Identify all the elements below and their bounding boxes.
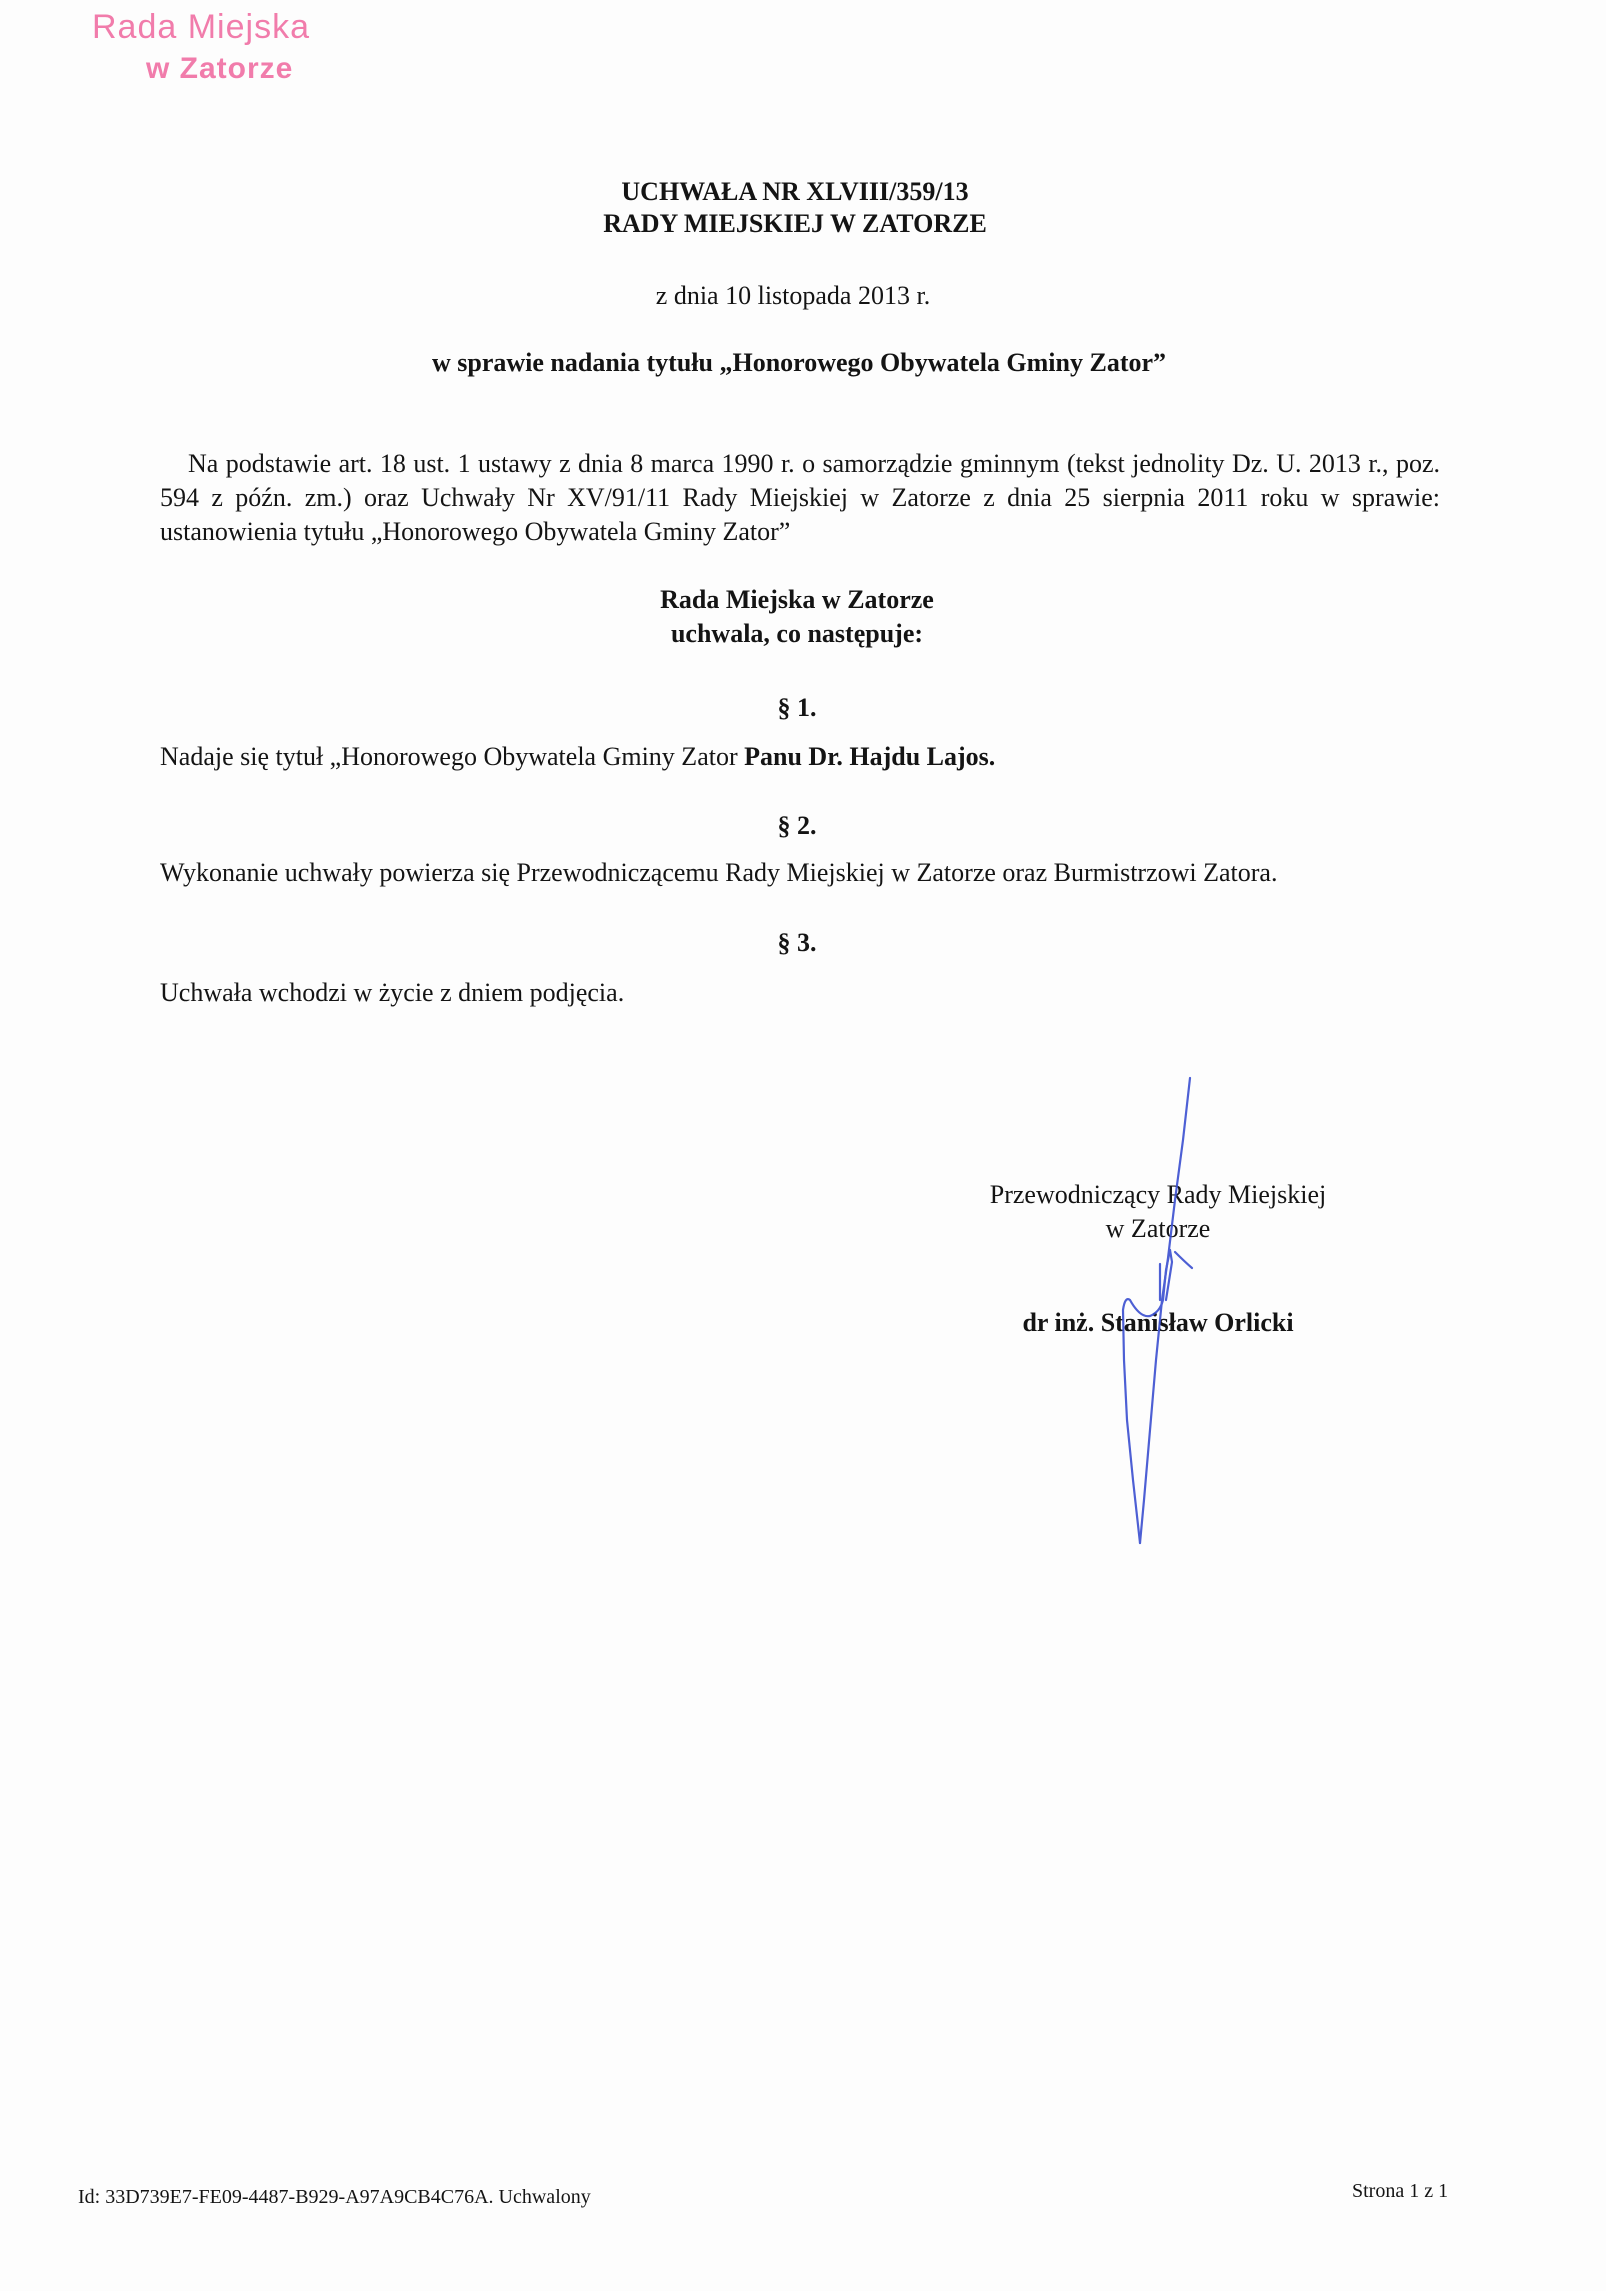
section-2-heading: § 2.: [0, 811, 1600, 841]
signatory-title-line-2: w Zatorze: [968, 1212, 1348, 1246]
section-2-text: Wykonanie uchwały powierza się Przewodni…: [160, 858, 1277, 888]
honoree-name: Panu Dr. Hajdu Lajos.: [744, 742, 995, 771]
stamp-line-1: Rada Miejska: [92, 8, 310, 47]
document-id: Id: 33D739E7-FE09-4487-B929-A97A9CB4C76A…: [78, 2186, 591, 2209]
signatory-name: dr inż. Stanisław Orlicki: [968, 1308, 1348, 1338]
resolution-title: UCHWAŁA NR XLVIII/359/13: [0, 176, 1598, 208]
section-1-heading: § 1.: [0, 693, 1600, 723]
section-3-heading: § 3.: [0, 928, 1600, 958]
resolution-subject: w sprawie nadania tytułu „Honorowego Oby…: [0, 348, 1602, 378]
signature-icon: [0, 0, 1606, 2291]
section-1-text: Nadaje się tytuł „Honorowego Obywatela G…: [160, 742, 995, 772]
declaration-line-2: uchwala, co następuje:: [0, 617, 1600, 651]
page-number: Strona 1 z 1: [1352, 2180, 1448, 2203]
resolution-date: z dnia 10 listopada 2013 r.: [0, 281, 1596, 311]
section-1-text-regular: Nadaje się tytuł „Honorowego Obywatela G…: [160, 742, 744, 771]
stamp-line-2: w Zatorze: [146, 52, 293, 86]
declaration-line-1: Rada Miejska w Zatorze: [0, 583, 1600, 617]
legal-basis-paragraph: Na podstawie art. 18 ust. 1 ustawy z dni…: [160, 447, 1440, 549]
section-3-text: Uchwała wchodzi w życie z dniem podjęcia…: [160, 978, 624, 1008]
resolution-issuer: RADY MIEJSKIEJ W ZATORZE: [0, 208, 1598, 240]
signatory-title-line-1: Przewodniczący Rady Miejskiej: [968, 1178, 1348, 1212]
